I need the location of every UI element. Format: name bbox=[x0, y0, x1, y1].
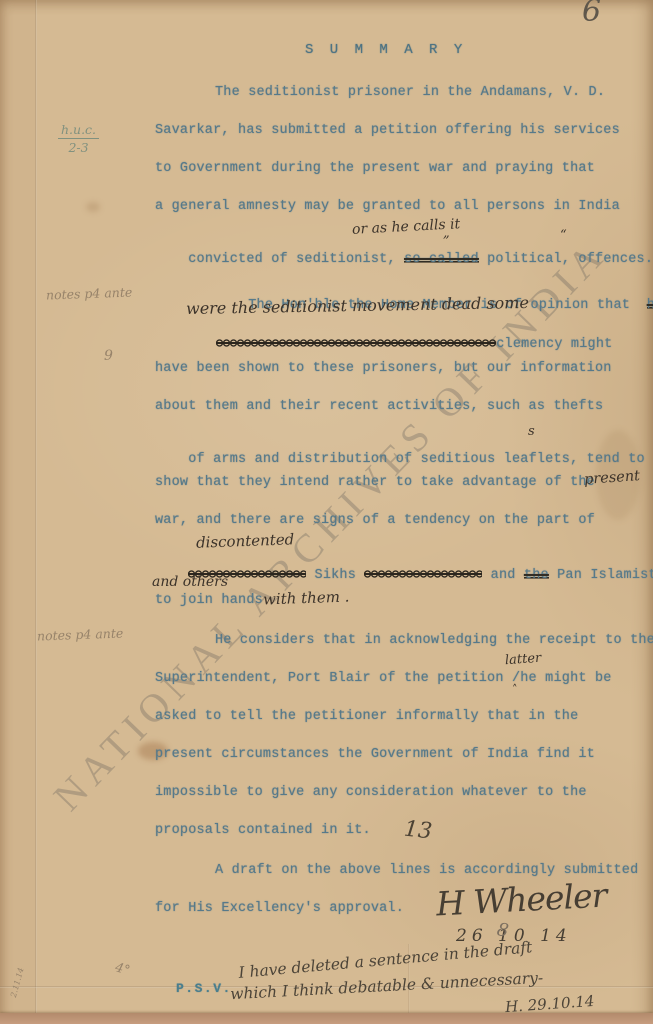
typed-segment: political, offences. bbox=[487, 252, 653, 267]
typed-line: A draft on the above lines is accordingl… bbox=[215, 863, 638, 878]
insertion-caret: ˄ bbox=[512, 683, 518, 696]
strikethrough-text: so called bbox=[404, 252, 479, 267]
strikethrough-text: the bbox=[524, 568, 549, 583]
typed-segment: of arms and distribution of seditious le… bbox=[188, 452, 620, 467]
typed-segment: convicted of seditionist, bbox=[188, 252, 396, 267]
page-number: 6 bbox=[582, 0, 601, 29]
typed-line: a general amnesty may be granted to all … bbox=[155, 199, 620, 214]
typed-line: for His Excellency's approval. bbox=[155, 901, 404, 916]
typed-line: to Government during the present war and… bbox=[155, 161, 595, 176]
typed-line: impossible to give any consideration wha… bbox=[155, 785, 587, 800]
typed-line: have been shown to these prisoners, but … bbox=[155, 361, 612, 376]
handwritten-quote-mark: “ bbox=[560, 228, 567, 243]
typed-line: He considers that in acknowledging the r… bbox=[215, 633, 653, 648]
handwritten-insertion: and others bbox=[152, 574, 228, 590]
handwritten-quote-mark: „ bbox=[443, 226, 450, 241]
typed-segment: Sikhs bbox=[315, 568, 357, 583]
handwritten-insertion: s bbox=[528, 424, 535, 439]
typed-line: The seditionist prisoner in the Andamans… bbox=[215, 85, 605, 100]
document-title: S U M M A R Y bbox=[305, 42, 466, 58]
paper-stain bbox=[86, 202, 100, 212]
handwritten-insertion: with them . bbox=[263, 587, 350, 608]
handwritten-number-13: 13 bbox=[403, 817, 433, 845]
pencil-mark-nine: 9 bbox=[104, 348, 113, 364]
fold-crease-left bbox=[35, 0, 37, 1024]
scribbled-out-text bbox=[364, 569, 482, 579]
margin-note-para2: notes p4 ante bbox=[46, 284, 133, 302]
handwritten-insertion: discontented bbox=[196, 530, 295, 551]
typed-line: asked to tell the petitioner informally … bbox=[155, 709, 578, 724]
typed-line: show that they intend rather to take adv… bbox=[155, 475, 595, 490]
pencil-mark-tick: 4° bbox=[113, 960, 131, 978]
typed-line: Sikhs and the Pan Islamists bbox=[155, 553, 653, 598]
typed-segment: clemency might bbox=[496, 337, 612, 352]
typed-line: present circumstances the Government of … bbox=[155, 747, 595, 762]
typed-segment: and bbox=[491, 568, 516, 583]
typed-segment: to bbox=[628, 452, 645, 467]
handwritten-insertion: latter bbox=[505, 651, 542, 668]
typed-line: proposals contained in it. bbox=[155, 823, 371, 838]
typed-line: convicted of seditionist, so called poli… bbox=[155, 237, 653, 282]
typed-segment: Pan Islamists bbox=[557, 568, 653, 583]
margin-note-huc: h.u.c. 2-3 bbox=[58, 122, 99, 155]
psv-stamp: P.S.V. bbox=[176, 981, 232, 996]
margin-note-huc-top: h.u.c. bbox=[58, 122, 99, 139]
margin-note-huc-bottom: 2-3 bbox=[58, 139, 99, 155]
typed-line: Savarkar, has submitted a petition offer… bbox=[155, 123, 620, 138]
document-page: NATIONAL ARCHIVES OF INDIA 6 S U M M A R… bbox=[0, 0, 653, 1024]
scribbled-out-text bbox=[216, 338, 496, 348]
typed-line: Superintendent, Port Blair of the petiti… bbox=[155, 671, 612, 686]
typed-line: war, and there are signs of a tendency o… bbox=[155, 513, 595, 528]
strikethrough-text: had bbox=[647, 298, 653, 313]
fold-shadow-left bbox=[0, 0, 35, 1024]
signature: H Wheeler bbox=[435, 876, 607, 924]
margin-note-para3: notes p4 ante bbox=[37, 625, 124, 643]
typed-line: to join hands bbox=[155, 593, 263, 608]
typed-line: about them and their recent activities, … bbox=[155, 399, 603, 414]
page-bottom-edge bbox=[0, 1013, 653, 1024]
